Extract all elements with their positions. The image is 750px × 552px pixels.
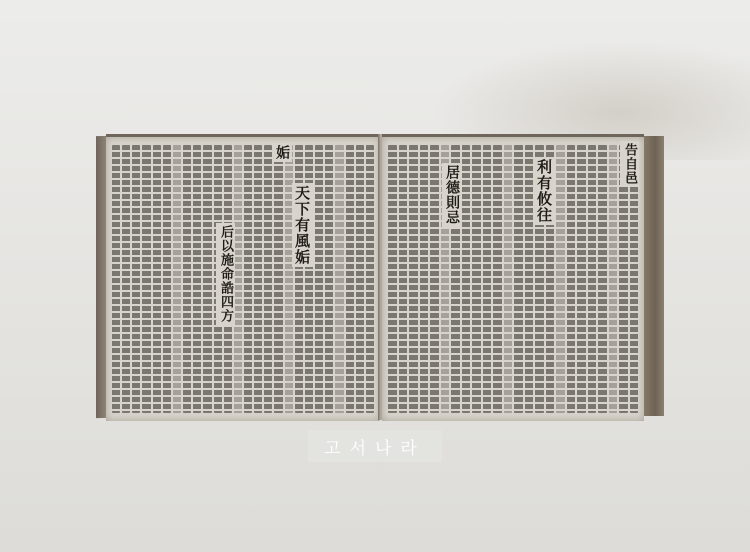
- watermark: 고서나라: [308, 430, 442, 462]
- book-page-stack-right: [642, 136, 664, 416]
- open-book: 天下有風姤 后以施命誥四方 姤 居德則忌 利有攸往 告自邑: [96, 128, 664, 426]
- left-heading-top: 姤: [272, 143, 292, 162]
- left-page-text-columns: [112, 145, 374, 413]
- right-heading-middle: 利有攸往: [534, 157, 555, 225]
- right-page-text-columns: [388, 145, 638, 413]
- left-heading-main: 天下有風姤: [292, 183, 313, 267]
- right-heading-top: 告自邑: [620, 141, 639, 187]
- left-page: 天下有風姤 后以施命誥四方 姤: [106, 134, 380, 421]
- left-heading-secondary: 后以施命誥四方: [216, 223, 235, 325]
- right-page: 居德則忌 利有攸往 告自邑: [382, 134, 644, 421]
- right-heading-left: 居德則忌: [442, 163, 462, 227]
